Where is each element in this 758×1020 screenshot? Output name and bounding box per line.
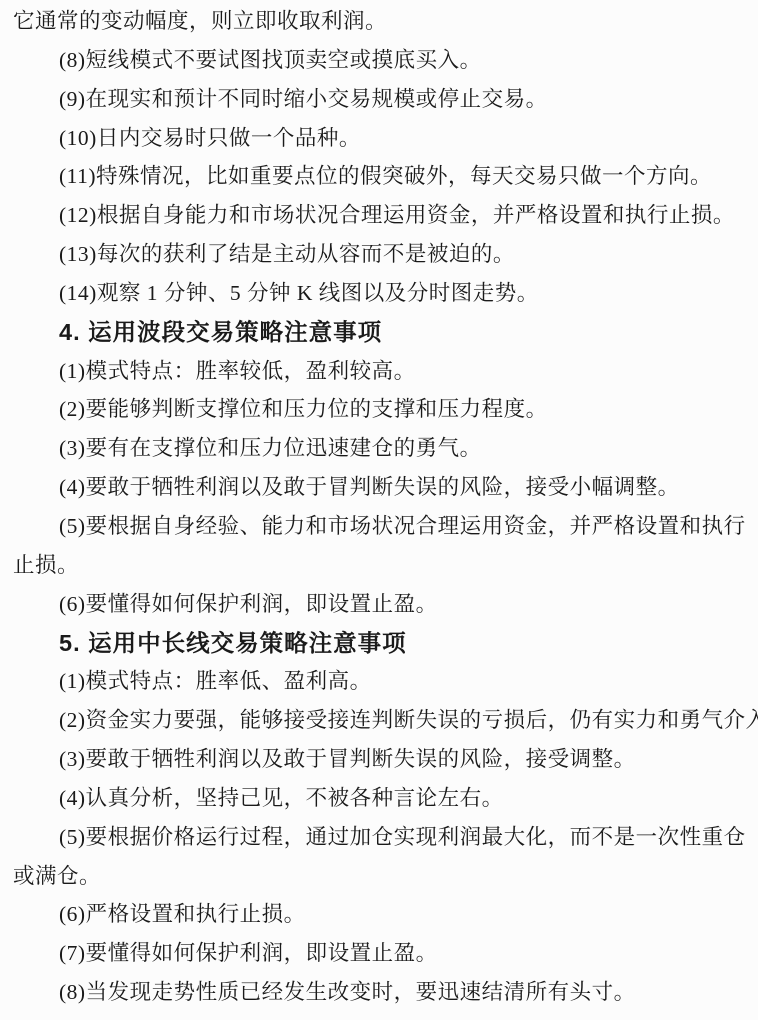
text-line: (12)根据自身能力和市场状况合理运用资金，并严格设置和执行止损。 [13,196,754,235]
text-line: (6)要懂得如何保护利润，即设置止盈。 [13,585,754,624]
text-line: (9)在现实和预计不同时缩小交易规模或停止交易。 [13,80,754,119]
text-line: (8)短线模式不要试图找顶卖空或摸底买入。 [13,41,754,80]
text-line: (4)认真分析，坚持己见，不被各种言论左右。 [13,779,754,818]
text-line: 或满仓。 [13,857,754,896]
text-line: (7)要懂得如何保护利润，即设置止盈。 [13,934,754,973]
text-line: (5)要根据价格运行过程，通过加仓实现利润最大化，而不是一次性重仓 [13,818,754,857]
text-line: (13)每次的获利了结是主动从容而不是被迫的。 [13,235,754,274]
text-line: (2)资金实力要强，能够接受接连判断失误的亏损后，仍有实力和勇气介入。 [13,701,754,740]
text-line: (1)模式特点：胜率较低，盈利较高。 [13,352,754,391]
text-line: (5)要根据自身经验、能力和市场状况合理运用资金，并严格设置和执行 [13,507,754,546]
text-line: (8)当发现走势性质已经发生改变时，要迅速结清所有头寸。 [13,973,754,1012]
text-line: (4)要敢于牺牲利润以及敢于冒判断失误的风险，接受小幅调整。 [13,468,754,507]
section-heading: 5. 运用中长线交易策略注意事项 [13,624,754,663]
text-line: (2)要能够判断支撑位和压力位的支撑和压力程度。 [13,390,754,429]
section-heading: 4. 运用波段交易策略注意事项 [13,313,754,352]
text-line: (10)日内交易时只做一个品种。 [13,119,754,158]
text-lines-container: 它通常的变动幅度，则立即收取利润。(8)短线模式不要试图找顶卖空或摸底买入。(9… [13,2,754,1012]
text-line: (1)模式特点：胜率低、盈利高。 [13,662,754,701]
text-line: (3)要有在支撑位和压力位迅速建仓的勇气。 [13,429,754,468]
text-line: (14)观察 1 分钟、5 分钟 K 线图以及分时图走势。 [13,274,754,313]
text-line: (3)要敢于牺牲利润以及敢于冒判断失误的风险，接受调整。 [13,740,754,779]
text-line: 止损。 [13,546,754,585]
text-line: (6)严格设置和执行止损。 [13,895,754,934]
text-line: (11)特殊情况，比如重要点位的假突破外，每天交易只做一个方向。 [13,157,754,196]
document-page: 它通常的变动幅度，则立即收取利润。(8)短线模式不要试图找顶卖空或摸底买入。(9… [0,0,758,1020]
text-line: 它通常的变动幅度，则立即收取利润。 [13,2,754,41]
